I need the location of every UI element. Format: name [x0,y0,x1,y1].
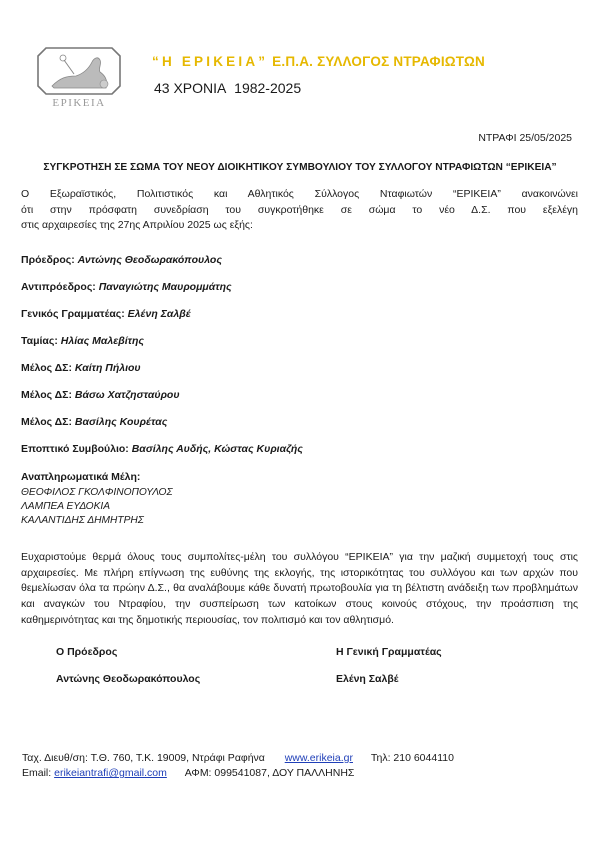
footer-line-1: Ταχ. Διευθ/ση: Τ.Θ. 760, Τ.Κ. 19009, Ντρ… [22,752,454,764]
member-role: Ταμίας: [21,335,58,347]
member-role: Εποπτικό Συμβούλιο: [21,443,129,455]
board-member-president: Πρόεδρος: Αντώνης Θεοδωρακόπουλος [21,254,222,266]
erikeia-logo: ΕΡΙΚΕΙΑ [36,46,122,108]
intro-line-2: ότι στην πρόσφατη συνεδρίαση του συγκροτ… [21,203,578,219]
years-range: 1982-2025 [234,80,301,96]
signature-left-name: Αντώνης Θεοδωρακόπουλος [56,673,200,685]
svg-text:ΕΡΙΚΕΙΑ: ΕΡΙΚΕΙΑ [52,97,105,108]
footer-email-label: Email: [22,767,51,779]
org-quoted-name: “Η ΕΡΙΚΕΙΑ” [152,54,268,69]
place-date: ΝΤΡΑΦΙ 25/05/2025 [478,132,572,144]
years-label: 43 ΧΡΟΝΙΑ [154,80,226,96]
anniversary-line: 43 ΧΡΟΝΙΑ 1982-2025 [154,80,301,96]
supervisory-board: Εποπτικό Συμβούλιο: Βασίλης Αυδής, Κώστα… [21,443,303,455]
member-name: Παναγιώτης Μαυρομμάτης [99,281,232,293]
member-name: Ηλίας Μαλεβίτης [61,335,144,347]
board-member: Μέλος ΔΣ: Βάσω Χατζησταύρου [21,389,180,401]
footer-phone: Τηλ: 210 6044110 [371,752,454,764]
alternates-list: ΘΕΟΦΙΛΟΣ ΓΚΟΛΦΙΝΟΠΟΥΛΟΣ ΛΑΜΠΕΑ ΕΥΔΟΚΙΑ Κ… [21,486,173,529]
alternate-member: ΘΕΟΦΙΛΟΣ ΓΚΟΛΦΙΝΟΠΟΥΛΟΣ [21,486,173,500]
footer-address: Ταχ. Διευθ/ση: Τ.Θ. 760, Τ.Κ. 19009, Ντρ… [22,752,265,764]
board-member: Μέλος ΔΣ: Βασίλης Κουρέτας [21,416,167,428]
member-name: Βάσω Χατζησταύρου [75,389,180,401]
intro-paragraph: Ο Εξωραϊστικός, Πολιτιστικός και Αθλητικ… [21,187,578,234]
intro-line-3: στις αρχαιρεσίες της 27ης Απριλίου 2025 … [21,218,578,234]
signature-right-name: Ελένη Σαλβέ [336,673,399,685]
intro-line-1: Ο Εξωραϊστικός, Πολιτιστικός και Αθλητικ… [21,187,578,203]
board-member-vice-president: Αντιπρόεδρος: Παναγιώτης Μαυρομμάτης [21,281,232,293]
email-link[interactable]: erikeiantrafi@gmail.com [54,767,167,779]
alternate-member: ΛΑΜΠΕΑ ΕΥΔΟΚΙΑ [21,500,173,514]
board-member: Μέλος ΔΣ: Καίτη Πήλιου [21,362,141,374]
member-name: Βασίλης Αυδής, Κώστας Κυριαζής [132,443,303,455]
alternate-member: ΚΑΛΑΝΤΙΔΗΣ ΔΗΜΗΤΡΗΣ [21,514,173,528]
alternates-title: Αναπληρωματικά Μέλη: [21,471,140,483]
closing-paragraph: Ευχαριστούμε θερμά όλους τους συμπολίτες… [21,550,578,629]
member-role: Αντιπρόεδρος: [21,281,96,293]
signature-right-title: Η Γενική Γραμματέας [336,646,442,658]
member-name: Αντώνης Θεοδωρακόπουλος [78,254,222,266]
member-name: Ελένη Σαλβέ [128,308,191,320]
footer-line-2: Email: erikeiantrafi@gmail.com ΑΦΜ: 0995… [22,767,354,779]
org-rest-name: Ε.Π.Α. ΣΥΛΛΟΓΟΣ ΝΤΡΑΦΙΩΤΩΝ [272,54,485,69]
member-role: Μέλος ΔΣ: [21,362,72,374]
document-title: ΣΥΓΚΡΟΤΗΣΗ ΣΕ ΣΩΜΑ ΤΟΥ ΝΕΟΥ ΔΙΟΙΚΗΤΙΚΟΥ … [0,162,600,173]
footer-tax-info: ΑΦΜ: 099541087, ΔΟΥ ΠΑΛΛΗΝΗΣ [185,767,355,779]
member-name: Βασίλης Κουρέτας [75,416,168,428]
website-link[interactable]: www.erikeia.gr [285,752,353,764]
board-member-secretary: Γενικός Γραμματέας: Ελένη Σαλβέ [21,308,191,320]
member-role: Μέλος ΔΣ: [21,416,72,428]
member-role: Πρόεδρος: [21,254,75,266]
signature-left-title: Ο Πρόεδρος [56,646,117,658]
organization-name: “Η ΕΡΙΚΕΙΑ” Ε.Π.Α. ΣΥΛΛΟΓΟΣ ΝΤΡΑΦΙΩΤΩΝ [152,54,485,69]
board-member-treasurer: Ταμίας: Ηλίας Μαλεβίτης [21,335,144,347]
erikeia-statue-logo-icon: ΕΡΙΚΕΙΑ [36,46,122,108]
member-name: Καίτη Πήλιου [75,362,141,374]
member-role: Μέλος ΔΣ: [21,389,72,401]
member-role: Γενικός Γραμματέας: [21,308,125,320]
